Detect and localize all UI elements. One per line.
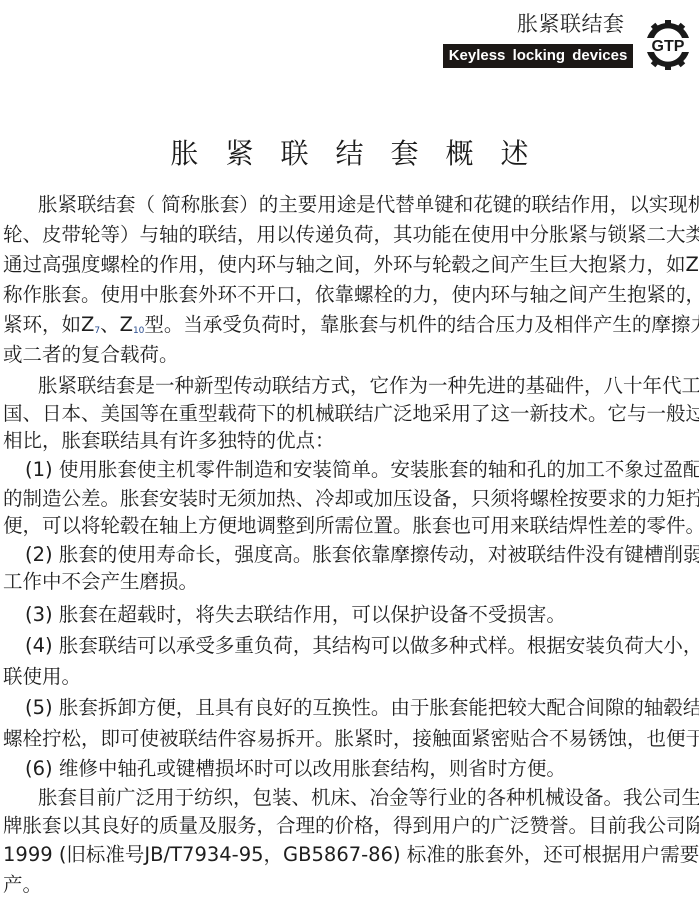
text-line: 1999 (旧标准号JB/T7934-95，GB5867-86) 标准的胀套外，…: [3, 841, 696, 869]
text-line: 胀紧联结套是一种新型传动联结方式，它作为一种先进的基础件，八十年代工业发达国家如…: [3, 372, 696, 400]
text-line: 产。: [3, 871, 696, 899]
text-line: 便，可以将轮毂在轴上方便地调整到所需位置。胀套也可用来联结焊性差的零件。: [3, 512, 696, 540]
text-line: 称作胀套。使用中胀套外环不开口，依靠螺栓的力，使内环与轴之间产生抱紧的，常称作锁…: [3, 281, 696, 309]
text-line: 紧环，如Z7、Z10型。当承受负荷时，靠胀套与机件的结合压力及相伴产生的摩擦力传…: [3, 311, 696, 339]
text-line: (2) 胀套的使用寿命长，强度高。胀套依靠摩擦传动，对被联结件没有键槽削弱，也无…: [3, 541, 696, 569]
text-line: 通过高强度螺栓的作用，使内环与轴之间，外环与轮毂之间产生巨大抱紧力，如Z1、Z2…: [3, 251, 696, 279]
text-line: 螺栓拧松，即可使被联结件容易拆开。胀紧时，接触面紧密贴合不易锈蚀，也便于拆开。: [3, 725, 696, 753]
text-line: (6) 维修中轴孔或键槽损坏时可以改用胀套结构，则省时方便。: [3, 755, 696, 783]
text-line: (1) 使用胀套使主机零件制造和安装简单。安装胀套的轴和孔的加工不象过盈配合那样…: [3, 456, 696, 484]
model-subscript: 10: [133, 326, 144, 336]
text-line: 或二者的复合载荷。: [3, 341, 696, 369]
text-line: 胀紧联结套（ 简称胀套）的主要用途是代替单键和花键的联结作用，以实现机件（ 如齿…: [3, 191, 696, 219]
page-title: 胀紧联结套概述: [0, 134, 699, 174]
header-title-cn: 胀紧联结套: [517, 11, 625, 37]
gtp-logo: GTP: [640, 19, 696, 71]
text-line: 胀套目前广泛用于纺织，包装、机床、冶金等行业的各种机械设备。我公司生产的正通牌、…: [3, 784, 696, 812]
text-line: 国、日本、美国等在重型载荷下的机械联结广泛地采用了这一新技术。它与一般过盈联结，…: [3, 400, 696, 428]
gear-logo-icon: GTP: [640, 19, 696, 71]
model-subscript: 7: [94, 326, 100, 336]
logo-text: GTP: [652, 38, 685, 55]
text-line: 轮、皮带轮等）与轴的联结，用以传递负荷，其功能在使用中分胀紧与锁紧二大类。胀紧套…: [3, 221, 696, 249]
text-line: (3) 胀套在超载时，将失去联结作用，可以保护设备不受损害。: [3, 601, 696, 629]
text-line: (5) 胀套拆卸方便，且具有良好的互换性。由于胀套能把较大配合间隙的轴毂结合起来…: [3, 694, 696, 722]
text-line: 联使用。: [3, 663, 696, 691]
header-english-bar: Keyless locking devices: [443, 44, 633, 68]
text-line: 的制造公差。胀套安装时无须加热、冷却或加压设备，只须将螺栓按要求的力矩拧紧即可。…: [3, 485, 696, 513]
text-line: (4) 胀套联结可以承受多重负荷，其结构可以做多种式样。根据安装负荷大小，还可以…: [3, 632, 696, 660]
text-line: 工作中不会产生磨损。: [3, 568, 696, 596]
text-line: 相比，胀套联结具有许多独特的优点：: [3, 427, 696, 455]
text-line: 牌胀套以其良好的质量及服务，合理的价格，得到用户的广泛赞誉。目前我公司除生产符合…: [3, 812, 696, 840]
